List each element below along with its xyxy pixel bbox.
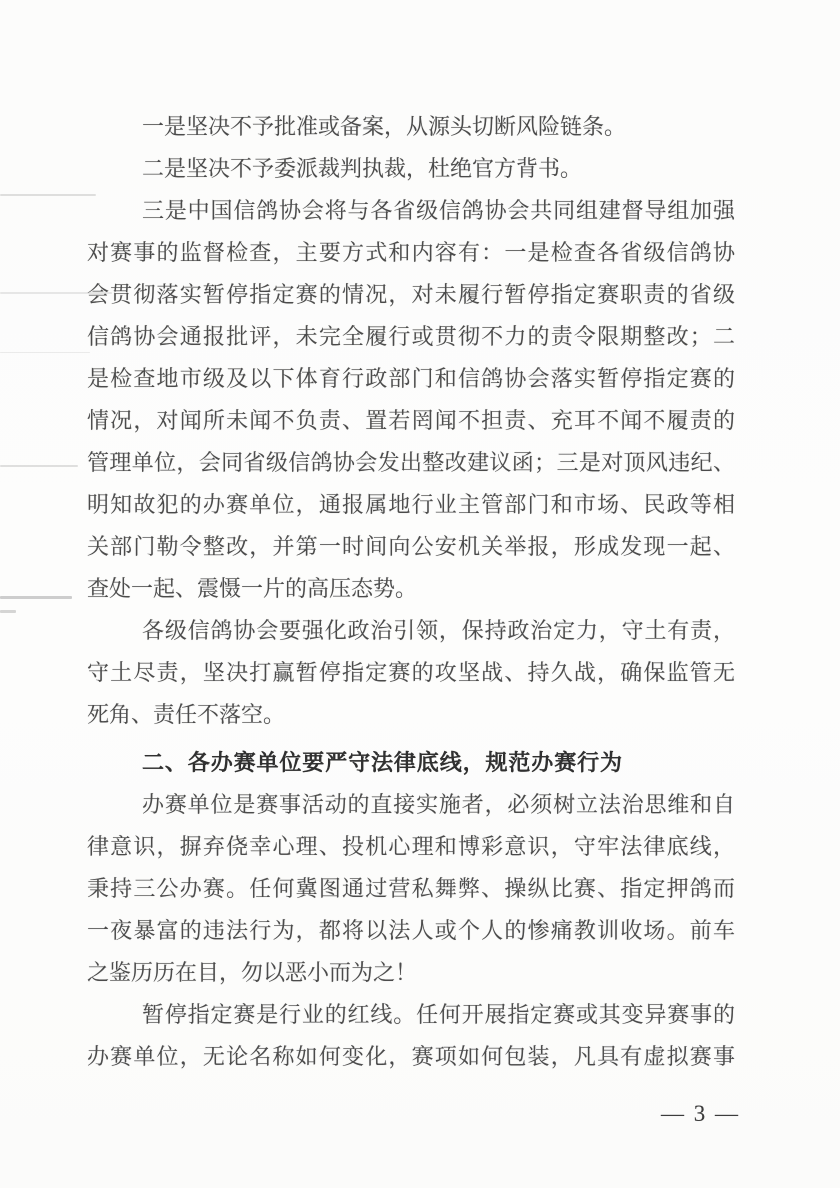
text-line: 三是中国信鸽协会将与各省级信鸽协会共同组建督导组加强 <box>87 190 735 232</box>
text-line: 二是坚决不予委派裁判执裁，杜绝官方背书。 <box>87 148 735 190</box>
text-line: 一夜暴富的违法行为，都将以法人或个人的惨痛教训收场。前车 <box>87 910 735 952</box>
scan-artifact-line <box>0 596 72 599</box>
text-line: 会贯彻落实暂停指定赛的情况，对未履行暂停指定赛职责的省级 <box>87 274 735 316</box>
page-number: — 3 — <box>661 1100 740 1128</box>
text-line: 查处一起、震慑一片的高压态势。 <box>87 568 735 610</box>
text-line: 是检查地市级及以下体育行政部门和信鸽协会落实暂停指定赛的 <box>87 358 735 400</box>
text-line: 办赛单位是赛事活动的直接实施者，必须树立法治思维和自 <box>87 784 735 826</box>
text-line: 死角、责任不落空。 <box>87 694 735 736</box>
text-line: 之鉴历历在目，勿以恶小而为之！ <box>87 952 735 994</box>
text-line: 对赛事的监督检查，主要方式和内容有：一是检查各省级信鸽协 <box>87 232 735 274</box>
text-line: 情况，对闻所未闻不负责、置若罔闻不担责、充耳不闻不履责的 <box>87 400 735 442</box>
text-line: 管理单位，会同省级信鸽协会发出整改建议函；三是对顶风违纪、 <box>87 442 735 484</box>
text-line: 守土尽责，坚决打赢暂停指定赛的攻坚战、持久战，确保监管无 <box>87 652 735 694</box>
text-line: 明知故犯的办赛单位，通报属地行业主管部门和市场、民政等相 <box>87 484 735 526</box>
text-line: 暂停指定赛是行业的红线。任何开展指定赛或其变异赛事的 <box>87 994 735 1036</box>
text-line: 信鸽协会通报批评，未完全履行或贯彻不力的责令限期整改；二 <box>87 316 735 358</box>
document-page: 一是坚决不予批准或备案，从源头切断风险链条。二是坚决不予委派裁判执裁，杜绝官方背… <box>0 0 840 1188</box>
text-line: 各级信鸽协会要强化政治引领，保持政治定力，守土有责， <box>87 610 735 652</box>
document-body: 一是坚决不予批准或备案，从源头切断风险链条。二是坚决不予委派裁判执裁，杜绝官方背… <box>87 106 735 1078</box>
scan-artifact-line <box>0 610 16 613</box>
text-line: 办赛单位，无论名称如何变化，赛项如何包装，凡具有虚拟赛事 <box>87 1036 735 1078</box>
text-line: 律意识，摒弃侥幸心理、投机心理和博彩意识，守牢法律底线， <box>87 826 735 868</box>
text-line: 关部门勒令整改，并第一时间向公安机关举报，形成发现一起、 <box>87 526 735 568</box>
scan-artifact-line <box>0 465 78 467</box>
section-heading: 二、各办赛单位要严守法律底线，规范办赛行为 <box>87 742 735 784</box>
scan-artifact-line <box>0 194 96 196</box>
text-line: 秉持三公办赛。任何冀图通过营私舞弊、操纵比赛、指定押鸽而 <box>87 868 735 910</box>
text-line: 一是坚决不予批准或备案，从源头切断风险链条。 <box>87 106 735 148</box>
scan-artifact-line <box>0 352 90 353</box>
